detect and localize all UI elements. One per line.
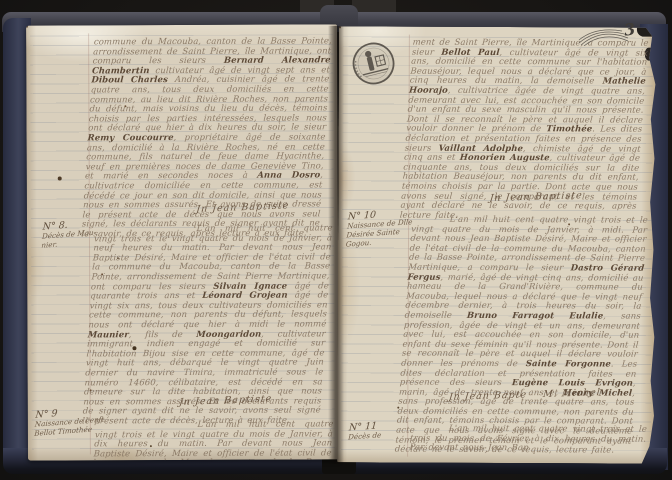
ink-specks xyxy=(339,26,341,28)
archive-scan-background: N° 8.Décès de Mau-nier. N° 9Naissance de… xyxy=(0,0,672,480)
left-page: N° 8.Décès de Mau-nier. N° 9Naissance de… xyxy=(26,24,339,460)
right-page: ment de Saint Pierre, île Martinique, a … xyxy=(337,26,657,463)
ink-specks xyxy=(26,26,28,28)
margin-note-11: N° 11Décès de xyxy=(348,421,382,441)
signature-witness: M. Michel xyxy=(542,387,601,400)
act-text-no9-start: L'an mil huit cent quatre vingt trois et… xyxy=(92,420,334,460)
backdrop-slot-right xyxy=(352,0,396,12)
margin-note-10: N° 10Naissance de DlleDésirée SainteGogo… xyxy=(345,208,413,249)
pen-flourish-icon xyxy=(578,26,630,46)
archive-stamp-icon xyxy=(346,36,402,94)
act-text-no10: L'an mil huit cent quatre vingt trois et… xyxy=(394,216,648,457)
act-text-no11-start: L'an mil huit cent quatre vingt trois et… xyxy=(409,425,647,455)
